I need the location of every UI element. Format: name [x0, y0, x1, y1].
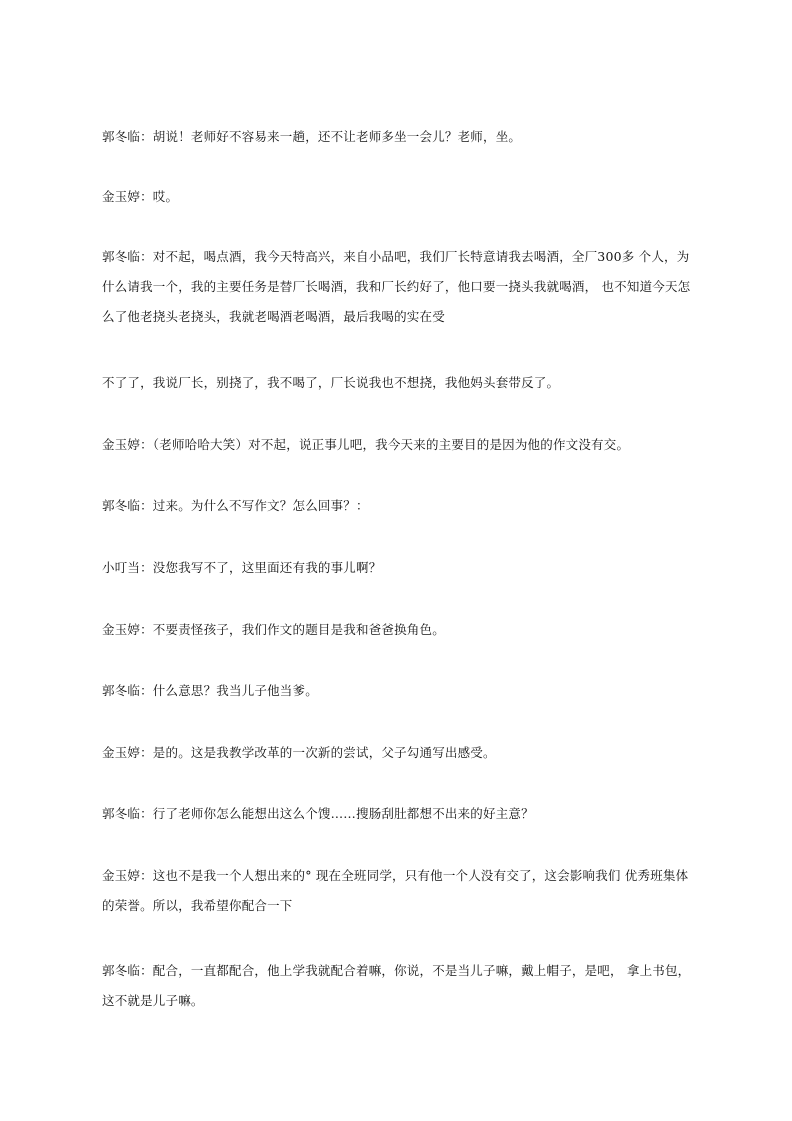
dialogue-line: 金玉婷：这也不是我一个人想出来的° 现在全班同学，只有他一个人没有交了，这会影响… — [102, 868, 688, 884]
dialogue-line: 郭冬临：行了老师你怎么能想出这么个馊……搜肠刮肚都想不出来的好主意？ — [102, 806, 534, 822]
dialogue-line: 郭冬临：胡说！老师好不容易来一趟，还不让老师多坐一会儿？老师，坐。 — [102, 129, 521, 145]
dialogue-line: 金玉婷：（老师哈哈大笑）对不起，说正事儿吧，我今天来的主要目的是因为他的作文没有… — [102, 437, 629, 453]
dialogue-line: 金玉婷：哎。 — [102, 189, 178, 205]
dialogue-line: 什么请我一个，我的主要任务是替厂长喝酒，我和厂长约好了，他口要一挠头我就喝酒， … — [102, 279, 690, 295]
dialogue-line: 郭冬临：对不起，喝点酒，我今天特高兴，来自小品吧，我们厂长特意请我去喝酒，全厂3… — [102, 249, 689, 265]
dialogue-line: 小叮当：没您我写不了，这里面还有我的事儿啊？ — [102, 560, 381, 576]
dialogue-line: 郭冬临：过来。为什么不写作文？怎么回事？： — [102, 498, 369, 514]
dialogue-line: 郭冬临：什么意思？我当儿子他当爹。 — [102, 683, 318, 699]
dialogue-line: 郭冬临：配合，一直都配合，他上学我就配合着嘛，你说，不是当儿子嘛，戴上帽子，是吧… — [102, 963, 690, 979]
dialogue-line: 金玉婷：不要责怪孩子，我们作文的题目是我和爸爸换角色。 — [102, 622, 445, 638]
dialogue-line: 金玉婷：是的。这是我教学改革的一次新的尝试，父子勾通写出感受。 — [102, 745, 496, 761]
dialogue-line: 么了他老挠头老挠头，我就老喝酒老喝酒，最后我喝的实在受 — [102, 309, 445, 325]
dialogue-line: 不了了，我说厂长，别挠了，我不喝了，厂长说我也不想挠，我他妈头套带反了。 — [102, 375, 559, 391]
dialogue-line: 的荣誉。所以，我希望你配合一下 — [102, 898, 293, 914]
document-page: 郭冬临：胡说！老师好不容易来一趟，还不让老师多坐一会儿？老师，坐。 金玉婷：哎。… — [0, 0, 792, 1121]
dialogue-line: 这不就是儿子嘛。 — [102, 993, 204, 1009]
